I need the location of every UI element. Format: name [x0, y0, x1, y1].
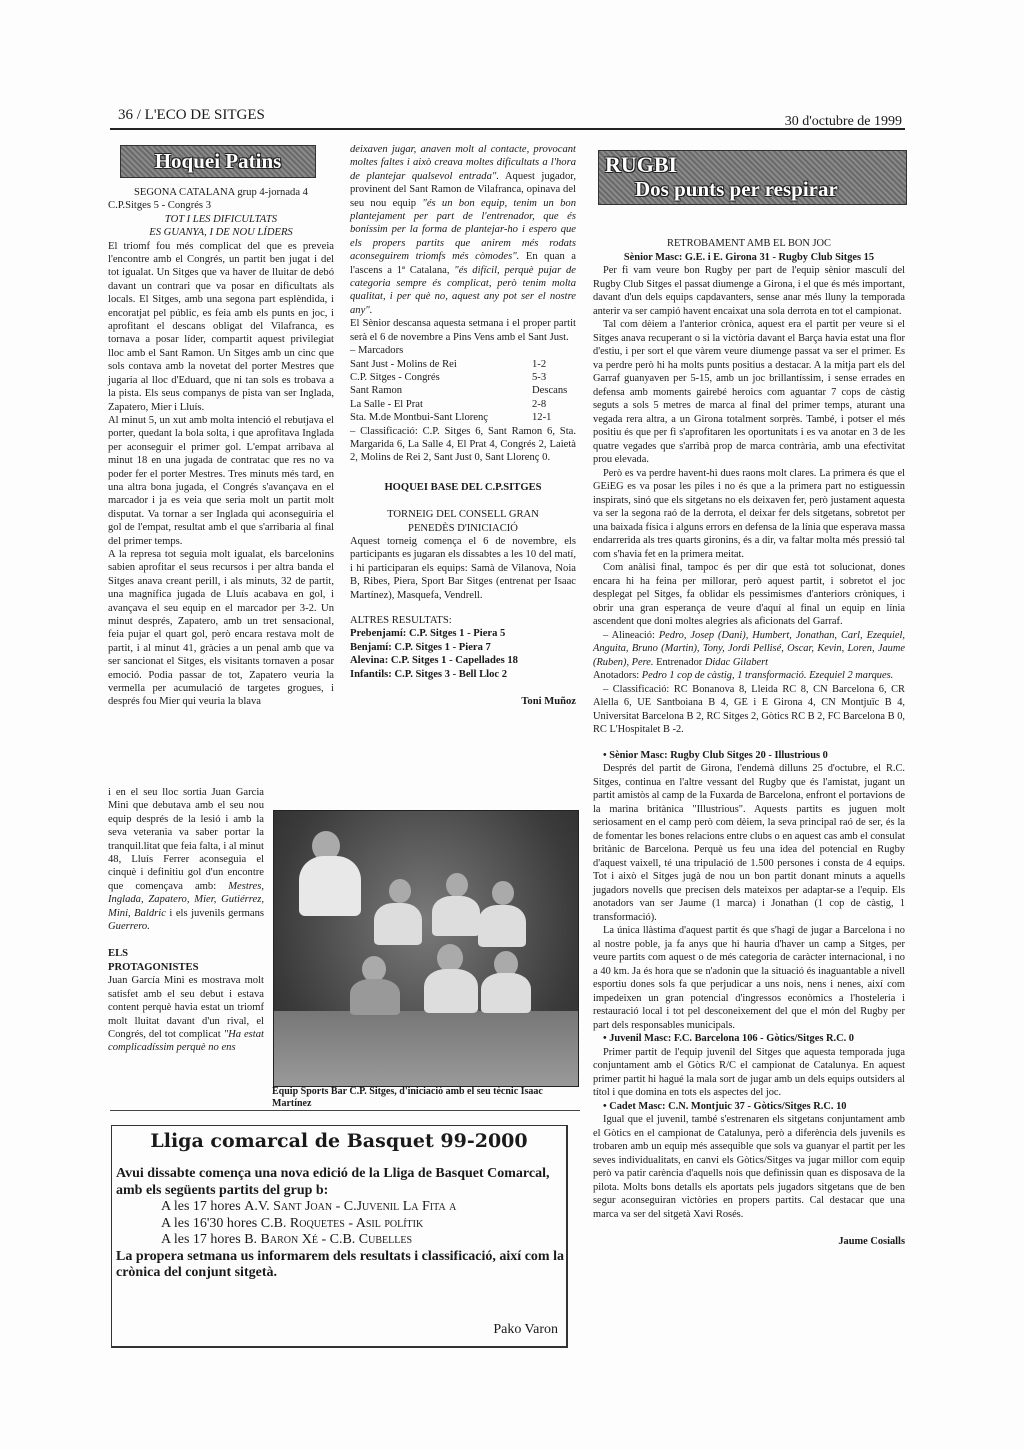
child-figure: [481, 973, 531, 1013]
article-paragraph: El triomf fou més complicat del que es p…: [108, 240, 334, 414]
coach-name: Didac Gilabert: [705, 657, 768, 668]
match-line: Sènior Masc: G.E. i E. Girona 31 - Rugby…: [593, 251, 905, 265]
headline-2: ES GUANYA, I DE NOU LÍDERS: [108, 226, 334, 239]
article-paragraph: Juan García Mini es mostrava molt satisf…: [108, 974, 264, 1054]
article-paragraph: Primer partit de l'equip juvenil del Sit…: [593, 1046, 905, 1100]
author-signature: Toni Muñoz: [350, 695, 576, 708]
label: Anotadors:: [593, 670, 642, 681]
basquet-match: A les 17 hores A.V. Sant Joan - C.Juveni…: [116, 1199, 564, 1216]
match-time: A les 17 hores: [161, 1199, 244, 1214]
result-score: 12-1: [532, 411, 576, 424]
basquet-box: Lliga comarcal de Basquet 99-2000 Avui d…: [111, 1125, 568, 1348]
lineup-end: Guerrero.: [108, 921, 150, 932]
article-paragraph: A la represa tot seguia molt igualat, el…: [108, 548, 334, 709]
basquet-match: A les 16'30 hores C.B. Roquetes - Asil p…: [116, 1216, 564, 1233]
hoquei-column-2: deixaven jugar, anaven molt al contacte,…: [350, 143, 576, 708]
child-figure: [374, 903, 422, 945]
child-head: [389, 879, 411, 903]
marcadors-title: – Marcadors: [350, 344, 576, 357]
result-row: C.P. Sitges - Congrés5-3: [350, 371, 576, 384]
match-line: • Sènior Masc: Rugby Club Sitges 20 - Il…: [593, 749, 905, 763]
basquet-intro: Avui dissabte comença una nova edició de…: [116, 1166, 564, 1199]
rugbi-banner: RUGBI Dos punts per respirar: [598, 150, 907, 205]
header-rule: [110, 128, 905, 130]
article-paragraph: La única llàstima d'aquest partit és que…: [593, 924, 905, 1032]
article-paragraph: Al minut 5, un xut amb molta intenció el…: [108, 414, 334, 548]
basquet-body: Avui dissabte comença una nova edició de…: [116, 1166, 564, 1282]
match-line: C.P.Sitges 5 - Congrés 3: [108, 199, 334, 212]
article-paragraph: i en el seu lloc sortia Juan Garcia Mini…: [108, 786, 264, 933]
article-paragraph: Com anàlisi final, tampoc és per dir que…: [593, 561, 905, 629]
match-line: • Cadet Masc: C.N. Montjuic 37 - Gòtics/…: [593, 1100, 905, 1114]
basquet-title: Lliga comarcal de Basquet 99-2000: [112, 1130, 566, 1152]
label: – Alineació:: [603, 630, 659, 641]
article-paragraph: Després del partit de Girona, l'endemà d…: [593, 762, 905, 924]
child-head: [437, 944, 463, 972]
article-paragraph: Però es va perdre havent-hi dues raons m…: [593, 467, 905, 562]
results-list: Sant Just - Molins de Rei1-2 C.P. Sitges…: [350, 358, 576, 425]
author-signature: Pako Varon: [493, 1322, 558, 1338]
article-paragraph: Per fi vam veure bon Rugby per part de l…: [593, 264, 905, 318]
lineup-paragraph: – Alineació: Pedro, Josep (Dani), Humber…: [593, 629, 905, 670]
result-match: La Salle - El Prat: [350, 398, 423, 411]
result-match: Sant Just - Molins de Rei: [350, 358, 457, 371]
publication-header: 36 / L'ECO DE SITGES: [118, 107, 265, 124]
result-score: 5-3: [532, 371, 576, 384]
torneig-title-2: PENEDÈS D'INICIACIÓ: [350, 522, 576, 535]
result-row: Sant Just - Molins de Rei1-2: [350, 358, 576, 371]
photo-floor: [274, 1011, 578, 1086]
result-row: Sant RamonDescans: [350, 384, 576, 397]
hoquei-patins-banner: Hoquei Patins: [120, 145, 316, 178]
article-paragraph: Aquest torneig comença el 6 de novembre,…: [350, 535, 576, 602]
child-figure: [478, 905, 526, 947]
match-time: A les 16'30 hores: [161, 1216, 261, 1231]
match-teams: B. Baron Xé - C.B. Cubelles: [244, 1232, 412, 1247]
article-paragraph: Igual que el juvenil, també s'estrenaren…: [593, 1113, 905, 1221]
result-row: La Salle - El Prat2-8: [350, 398, 576, 411]
rugbi-banner-title: RUGBI: [605, 152, 677, 178]
paragraph-text: i en el seu lloc sortia Juan Garcia Mini…: [108, 787, 264, 892]
newspaper-page: 36 / L'ECO DE SITGES 30 d'octubre de 199…: [0, 0, 1024, 1449]
torneig-title-1: TORNEIG DEL CONSELL GRAN: [350, 508, 576, 521]
scorers-paragraph: Anotadors: Pedro 1 cop de càstig, 1 tran…: [593, 669, 905, 683]
basquet-outro: La propera setmana us informarem dels re…: [116, 1249, 564, 1282]
section-rule: [110, 1110, 580, 1111]
result-row: Sta. M.de Montbui-Sant Llorenç12-1: [350, 411, 576, 424]
headline-1: TOT I LES DIFICULTATS: [108, 213, 334, 226]
rugbi-column: RETROBAMENT AMB EL BON JOC Sènior Masc: …: [593, 237, 905, 1249]
match-teams: C.B. Roquetes - Asil polítik: [261, 1216, 423, 1231]
article-paragraph: El Sènior descansa aquesta setmana i el …: [350, 317, 576, 344]
article-paragraph: deixaven jugar, anaven molt al contacte,…: [350, 143, 576, 317]
result-match: Sant Ramon: [350, 384, 402, 397]
team-photo: [273, 810, 579, 1087]
basquet-match: A les 17 hores B. Baron Xé - C.B. Cubell…: [116, 1232, 564, 1249]
altres-title: ALTRES RESULTATS:: [350, 614, 576, 627]
coach-figure: [299, 856, 361, 916]
photo-caption: Equip Sports Bar C.P. Sitges, d'iniciaci…: [272, 1086, 577, 1110]
result-score: 2-8: [532, 398, 576, 411]
child-head: [492, 881, 514, 905]
altres-result: Alevina: C.P. Sitges 1 - Capellades 18: [350, 654, 576, 667]
protagonistes-title-1: ELS: [108, 947, 264, 960]
classification: – Classificació: C.P. Sitges 6, Sant Ram…: [350, 425, 576, 465]
base-title: HOQUEI BASE DEL C.P.SITGES: [350, 481, 576, 494]
result-score: 1-2: [532, 358, 576, 371]
scorers: Pedro 1 cop de càstig, 1 transformació. …: [642, 670, 893, 681]
altres-result: Prebenjamí: C.P. Sitges 1 - Piera 5: [350, 627, 576, 640]
child-figure: [424, 969, 478, 1013]
league-line: SEGONA CATALANA grup 4-jornada 4: [108, 186, 334, 199]
altres-result: Infantils: C.P. Sitges 3 - Bell Lloc 2: [350, 668, 576, 681]
rugbi-banner-subtitle: Dos punts per respirar: [635, 177, 838, 202]
classification: – Classificació: RC Bonanova 8, Lleida R…: [593, 683, 905, 737]
child-figure: [350, 979, 400, 1015]
rugbi-headline: RETROBAMENT AMB EL BON JOC: [593, 237, 905, 251]
result-score: Descans: [532, 384, 576, 397]
child-figure: [432, 896, 480, 936]
match-line: • Juvenil Masc: F.C. Barcelona 106 - Gòt…: [593, 1032, 905, 1046]
article-paragraph: Tal com dèiem a l'anterior crònica, aque…: [593, 318, 905, 467]
child-head: [446, 873, 468, 897]
protagonistes-title-2: PROTAGONISTES: [108, 961, 264, 974]
result-match: Sta. M.de Montbui-Sant Llorenç: [350, 411, 488, 424]
label: Entrenador: [654, 657, 705, 668]
altres-result: Benjamí: C.P. Sitges 1 - Piera 7: [350, 641, 576, 654]
author-signature: Jaume Cosialls: [593, 1235, 905, 1249]
hoquei-column-1-lower: i en el seu lloc sortia Juan Garcia Mini…: [108, 786, 264, 1055]
hoquei-column-1: SEGONA CATALANA grup 4-jornada 4 C.P.Sit…: [108, 186, 334, 709]
result-match: C.P. Sitges - Congrés: [350, 371, 440, 384]
match-time: A les 17 hores: [161, 1232, 244, 1247]
match-teams: A.V. Sant Joan - C.Juvenil La Fita a: [244, 1199, 456, 1214]
lineup-tail: i els juvenils germans: [166, 908, 264, 919]
